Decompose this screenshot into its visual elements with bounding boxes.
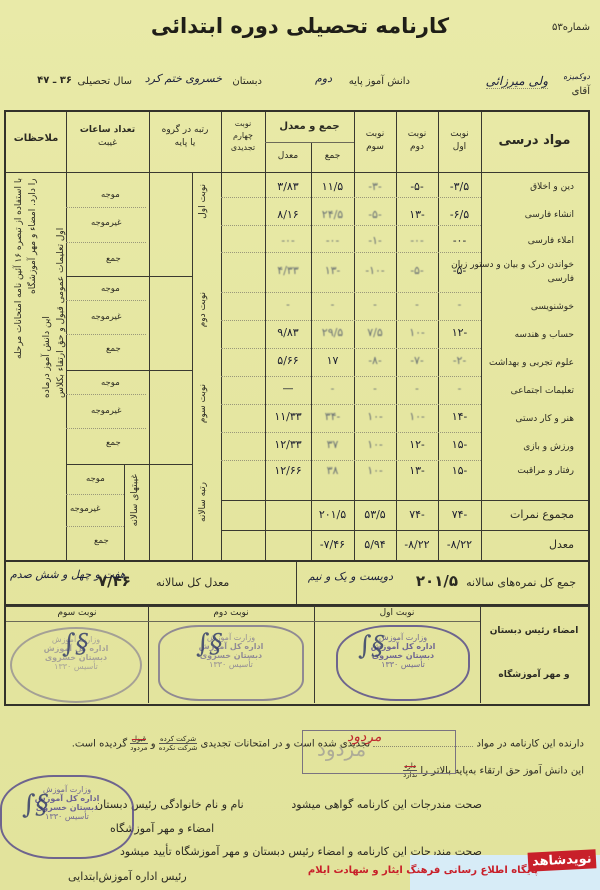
grade-t1-2: -۰- — [438, 234, 481, 247]
school-stamp-term1: وزارت آموزش اداره کل آموزش دبستان خسروی … — [336, 625, 470, 701]
failed-stamp-box: مردود مردود — [302, 730, 456, 774]
header-subjects: مواد درسی — [481, 134, 588, 147]
sign-row-label-2: و مهر آموزشگاه — [480, 669, 588, 682]
absence-unexcused-2: غیرموجه — [91, 312, 121, 322]
grade-sum-2: -۰- — [311, 234, 354, 247]
grade-t2-4: - — [396, 298, 438, 311]
grade-t2-5: ۱۰- — [396, 326, 438, 339]
grade-t3-10: ۱۰- — [354, 464, 396, 477]
grade-avg-1: ۸/۱۶ — [265, 208, 311, 221]
grade-t2-2: -۰- — [396, 234, 438, 247]
total-t3: ۵۳/۵ — [354, 508, 396, 521]
grade-sum-7: - — [311, 382, 354, 395]
subject-5: حساب و هندسه — [515, 330, 574, 340]
subject-2: املاء فارسی — [528, 236, 574, 246]
grade-t1-8: ۱۴- — [438, 410, 481, 423]
grade-t3-6: -۸- — [354, 354, 396, 367]
absence-total-3: جمع — [106, 438, 121, 448]
total-t1: ۷۴- — [438, 508, 481, 521]
signature-term3: ∫§ — [62, 629, 89, 659]
subject-0: دین و اخلاق — [530, 182, 574, 192]
absence-unexcused-3: غیرموجه — [91, 406, 121, 416]
subject-4: خوشنویسی — [531, 302, 574, 312]
grade-avg-4: - — [265, 298, 311, 311]
header-term4: نوبتچهارمتجدیدی — [221, 118, 265, 154]
header-sum: جمع — [311, 150, 354, 163]
grade-sum-8: ۳۴- — [311, 410, 354, 423]
student-name-prefix: دوکمیزه — [563, 72, 590, 81]
header-rank: رتبه در گروهیا پایه — [149, 124, 221, 150]
grade-t3-0: -۳- — [354, 180, 396, 193]
header-avg: معدل — [265, 150, 311, 163]
grade-sum-10: ۳۸ — [311, 464, 354, 477]
grade-t2-9: ۱۲- — [396, 438, 438, 451]
grade-t2-8: ۱۰- — [396, 410, 438, 423]
term-label-1: نوبت اول — [198, 184, 208, 219]
subject-6: علوم تجربی و بهداشت — [489, 358, 574, 368]
absence-unexcused-1: غیرموجه — [91, 218, 121, 228]
year-label: سال تحصیلی — [78, 76, 132, 87]
grade-t3-3: -۱۰- — [354, 264, 396, 277]
sign-row-label-1: امضاء رئیس دبستان — [480, 625, 588, 638]
grade-t2-10: ۱۳- — [396, 464, 438, 477]
total-row-label: مجموع نمرات — [510, 508, 574, 521]
header-remarks: ملاحظات — [6, 132, 66, 145]
subject-1: انشاء فارسی — [525, 210, 574, 220]
grade-t3-7: - — [354, 382, 396, 395]
signature-term2: ∫§ — [196, 629, 223, 659]
grade-t3-5: ۷/۵ — [354, 326, 396, 339]
grade-avg-3: ۴/۳۳ — [265, 264, 311, 277]
sign-term1: نوبت اول — [314, 607, 480, 620]
yearly-total-label: جمع کل نمره‌های سالانه — [466, 576, 576, 589]
term-label-annual: رتبه سالانه — [198, 482, 208, 522]
yearly-avg-label: معدل کل سالانه — [156, 576, 229, 589]
grade-t3-9: ۱۰- — [354, 438, 396, 451]
yearly-avg-words: هفت و چهل و شش صدم — [10, 568, 126, 581]
student-name: ولی میرزائی — [486, 74, 548, 89]
department-signature: ∫§ — [22, 790, 49, 820]
school-stamp-term2: وزارت آموزش اداره کل آموزش دبستان خسروی … — [158, 625, 304, 701]
grade-t3-2: -۱- — [354, 234, 396, 247]
footer-certify: صحت مندرجات این کارنامه گواهی میشود — [291, 798, 482, 811]
grade-avg-5: ۹/۸۳ — [265, 326, 311, 339]
grade-t1-5: ۱۲- — [438, 326, 481, 339]
watermark-logo: نویدشاهد پایگاه اطلاع رسانی فرهنگ ایثار … — [410, 855, 600, 890]
absence-total-annual: جمع — [94, 536, 109, 546]
absence-excused-3: موجه — [101, 378, 120, 388]
footer-dept-head: رئیس اداره آموزش‌ابتدایی — [68, 870, 187, 883]
signature-section: نوبت اول نوبت دوم نوبت سوم امضاء رئیس دب… — [4, 606, 590, 706]
grade-t1-4: - — [438, 298, 481, 311]
absence-excused-2: موجه — [101, 284, 120, 294]
grade-t2-7: - — [396, 382, 438, 395]
grade-sum-4: - — [311, 298, 354, 311]
sign-term2: نوبت دوم — [148, 607, 314, 620]
grades-table: مواد درسی نوبتاول نوبتدوم نوبتسوم جمع و … — [4, 110, 590, 562]
grade-avg-0: ۳/۸۳ — [265, 180, 311, 193]
header-term3: نوبتسوم — [354, 128, 396, 154]
mr-label: آقای — [572, 86, 590, 97]
grade-sum-3: ۱۳- — [311, 264, 354, 277]
yearly-total-value: ۲۰۱/۵ — [416, 572, 458, 590]
avg-sum: -۷/۴۶ — [311, 538, 354, 551]
sign-term3: نوبت سوم — [6, 607, 148, 620]
grade-avg-2: -۰- — [265, 234, 311, 247]
avg-t3: ۵/۹۴ — [354, 538, 396, 551]
avg-t2: -۸/۲۲ — [396, 538, 438, 551]
grade-t3-1: -۵- — [354, 208, 396, 221]
subject-8: هنر و کار دستی — [516, 414, 575, 424]
page-title: کارنامه تحصیلی دوره ابتدائی — [0, 14, 600, 38]
average-row-label: معدل — [549, 538, 574, 551]
grade-sum-1: ۲۴/۵ — [311, 208, 354, 221]
avg-t1: -۸/۲۲ — [438, 538, 481, 551]
signature-term1: ∫§ — [358, 631, 385, 661]
grade-avg-9: ۱۲/۳۳ — [265, 438, 311, 451]
absence-unexcused-annual: غیرموجه — [70, 504, 100, 514]
grade-t1-9: ۱۵- — [438, 438, 481, 451]
number-label: شماره — [563, 22, 590, 33]
grade-t1-0: -۳/۵ — [438, 180, 481, 193]
grade-avg-7: — — [265, 382, 311, 395]
grade-sum-5: ۲۹/۵ — [311, 326, 354, 339]
grade-t1-1: -۶/۵ — [438, 208, 481, 221]
document-number: شماره۵۳ — [552, 22, 590, 33]
absence-total-1: جمع — [106, 254, 121, 264]
grade-label: دانش آموز پایه — [349, 76, 410, 87]
grade-t3-4: - — [354, 298, 396, 311]
subject-10: رفتار و مراقبت — [517, 466, 574, 476]
gray-failed-stamp: مردود — [317, 737, 366, 761]
year-value: ۳۶ ـ ۴۷ — [37, 75, 72, 86]
total-t2: ۷۴- — [396, 508, 438, 521]
grade-t2-0: -۵- — [396, 180, 438, 193]
brand-mark: نویدشاهد — [528, 849, 597, 872]
grade-t1-7: - — [438, 382, 481, 395]
school-label: دبستان — [232, 76, 262, 87]
department-stamp: وزارت آموزش اداره کل آموزش دبستان خسروی … — [0, 775, 134, 859]
grade-t1-10: ۱۵- — [438, 464, 481, 477]
yearly-summary: جمع کل نمره‌های سالانه ۲۰۱/۵ دویست و یک … — [4, 562, 590, 606]
subject-9: ورزش و بازی — [523, 442, 574, 452]
absence-total-2: جمع — [106, 344, 121, 354]
term-label-3: نوبت سوم — [198, 384, 208, 423]
report-card-page: کارنامه تحصیلی دوره ابتدائی شماره۵۳ آقای… — [0, 0, 600, 890]
student-info: آقای دوکمیزه ولی میرزائی دانش آموز پایه … — [0, 70, 600, 100]
subject-7: تعلیمات اجتماعی — [511, 386, 574, 396]
grade-sum-9: ۳۷ — [311, 438, 354, 451]
grade-avg-8: ۱۱/۳۳ — [265, 410, 311, 423]
number-value: ۵۳ — [552, 22, 563, 33]
grade-t1-6: -۲- — [438, 354, 481, 367]
grade-sum-0: ۱۱/۵ — [311, 180, 354, 193]
grade-sum-6: ۱۷ — [311, 354, 354, 367]
grade-avg-10: ۱۲/۶۶ — [265, 464, 311, 477]
remarks-text: با استفاده از تبصره ۱۶ آئین نامه امتحانا… — [12, 178, 40, 550]
grade-t2-6: -۷- — [396, 354, 438, 367]
yearly-total-words: دویست و یک و نیم — [308, 570, 393, 583]
header-absence: تعداد ساعاتغیبت — [66, 124, 149, 150]
grade-t2-3: -۵- — [396, 264, 438, 277]
absence-excused-1: موجه — [101, 190, 120, 200]
absence-excused-annual: موجه — [86, 474, 105, 484]
grade-t2-1: ۱۳- — [396, 208, 438, 221]
grade-value: دوم — [315, 72, 332, 85]
term-label-2: نوبت دوم — [198, 292, 208, 327]
brand-tagline: پایگاه اطلاع رسانی فرهنگ ایثار و شهادت ا… — [308, 865, 538, 876]
yearly-absence-label: غیبتهای سالانه — [130, 474, 140, 526]
header-term2: نوبتدوم — [396, 128, 438, 154]
remarks-text-top: این دانش آموز درماده اول تعلیمات عمومی ق… — [40, 178, 68, 398]
grade-t3-8: ۱۰- — [354, 410, 396, 423]
school-value: خسروی ختم کرد — [145, 72, 222, 85]
grade-avg-6: ۵/۶۶ — [265, 354, 311, 367]
header-term1: نوبتاول — [438, 128, 481, 154]
grade-t1-3: -۵- — [438, 264, 481, 277]
header-sum-avg: جمع و معدل — [265, 120, 354, 133]
total-sum: ۲۰۱/۵ — [311, 508, 354, 521]
